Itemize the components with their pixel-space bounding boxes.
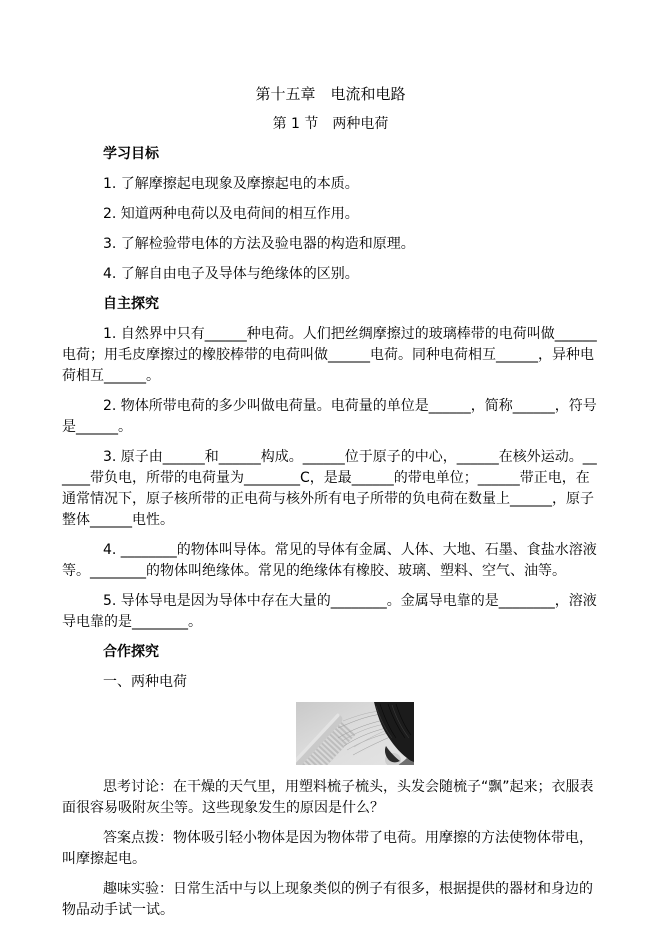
objective-item-2: 2. 知道两种电荷以及电荷间的相互作用。 bbox=[62, 204, 599, 225]
comb-hair-photo bbox=[296, 702, 414, 765]
blank-question-1: 1. 自然界中只有______种电荷。人们把丝绸摩擦过的玻璃棒带的电荷叫做___… bbox=[62, 324, 599, 387]
worksheet-page: 第十五章 电流和电路 第 1 节 两种电荷 学习目标 1. 了解摩擦起电现象及摩… bbox=[0, 0, 661, 936]
objective-item-3: 3. 了解检验带电体的方法及验电器的构造和原理。 bbox=[62, 234, 599, 255]
experiment-paragraph: 趣味实验：日常生活中与以上现象类似的例子有很多，根据提供的器材和身边的物品动手试… bbox=[62, 879, 599, 921]
objective-item-4: 4. 了解自由电子及导体与绝缘体的区别。 bbox=[62, 264, 599, 285]
subheading-two-charges: 一、两种电荷 bbox=[62, 672, 599, 693]
blank-question-2: 2. 物体所带电荷的多少叫做电荷量。电荷量的单位是______，简称______… bbox=[62, 396, 599, 438]
chapter-title: 第十五章 电流和电路 bbox=[62, 84, 599, 105]
answer-paragraph: 答案点拨：物体吸引轻小物体是因为物体带了电荷。用摩擦的方法使物体带电，叫摩擦起电… bbox=[62, 828, 599, 870]
discussion-paragraph: 思考讨论：在干燥的天气里，用塑料梳子梳头，头发会随梳子“飘”起来；衣服表面很容易… bbox=[62, 777, 599, 819]
heading-learning-goals: 学习目标 bbox=[62, 144, 599, 165]
heading-cooperative: 合作探究 bbox=[62, 642, 599, 663]
blank-question-5: 5. 导体导电是因为导体中存在大量的________。金属导电靠的是______… bbox=[62, 591, 599, 633]
blank-question-3: 3. 原子由______和______构成。______位于原子的中心，____… bbox=[62, 447, 599, 531]
comb-hair-photo-graphic bbox=[296, 702, 414, 765]
objective-item-1: 1. 了解摩擦起电现象及摩擦起电的本质。 bbox=[62, 174, 599, 195]
heading-self-study: 自主探究 bbox=[62, 294, 599, 315]
blank-question-4: 4. ________的物体叫导体。常见的导体有金属、人体、大地、石墨、食盐水溶… bbox=[62, 540, 599, 582]
page-content: 第十五章 电流和电路 第 1 节 两种电荷 学习目标 1. 了解摩擦起电现象及摩… bbox=[0, 0, 661, 921]
section-title: 第 1 节 两种电荷 bbox=[62, 114, 599, 135]
